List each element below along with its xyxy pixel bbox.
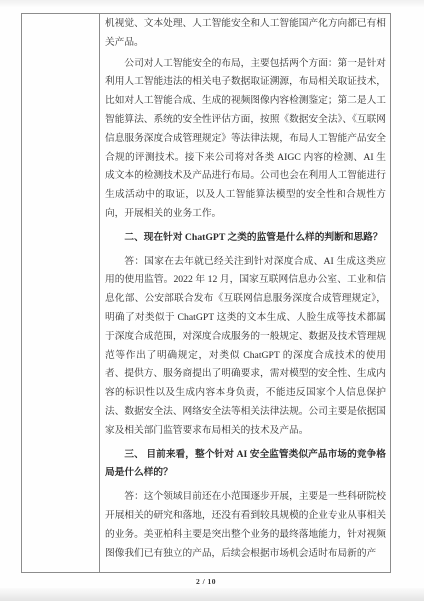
page-bottom-edge-shadow (0, 588, 424, 601)
body-paragraph: 机视觉、文本处理、人工智能安全和人工智能国产化方向都已有相关产品。 (105, 15, 386, 53)
body-paragraph: 答：这个领域目前还在小范围逐步开展，主要是一些科研院校开展相关的研究和落地，还没… (105, 488, 386, 563)
table-text-column: 机视觉、文本处理、人工智能安全和人工智能国产化方向都已有相关产品。公司对人工智能… (100, 14, 390, 572)
body-paragraph: 答：国家在去年就已经关注到针对深度合成、AI 生成这类应用的使用监管。2022 … (105, 253, 386, 441)
question-heading: 二、现在针对 ChatGPT 之类的监管是什么样的判断和思路？ (105, 229, 386, 248)
page-top-edge-shadow (0, 0, 424, 8)
question-heading: 三、 目前来看，整个针对 AI 安全监管类似产品市场的竞争格局是什么样的？ (105, 446, 386, 484)
body-paragraph: 公司对人工智能安全的布局，主要包括两个方面：第一是针对利用人工智能违法的相关电子… (105, 55, 386, 224)
page-number: 2 / 10 (21, 577, 391, 586)
content-table: 机视觉、文本处理、人工智能安全和人工智能国产化方向都已有相关产品。公司对人工智能… (21, 13, 391, 573)
table-left-column (22, 14, 100, 572)
